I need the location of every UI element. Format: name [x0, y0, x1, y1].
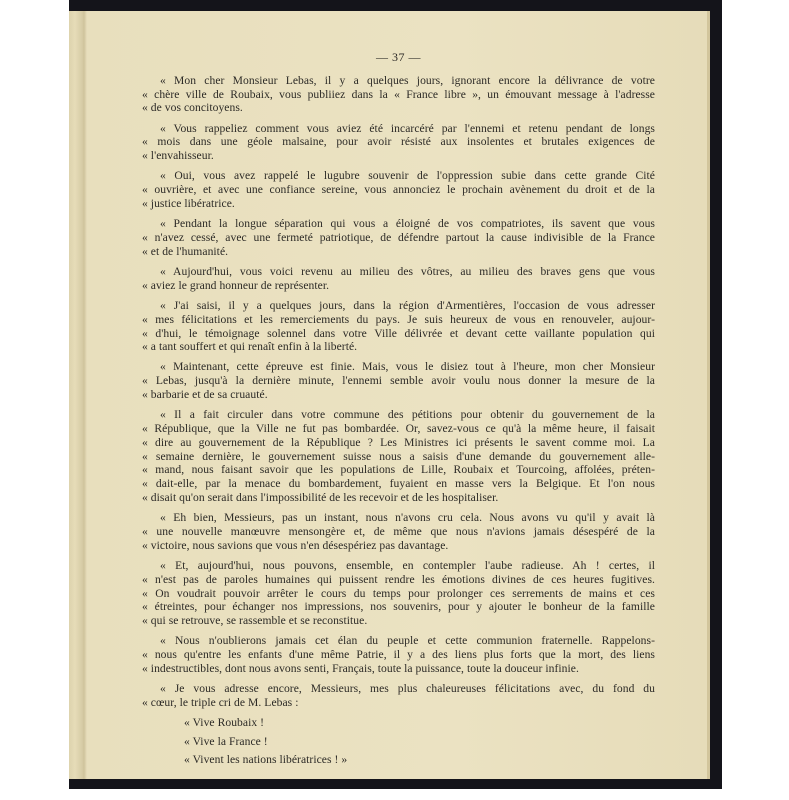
paragraph: « Maintenant, cette épreuve est finie. M…	[142, 360, 655, 401]
text-line: « mois dans une géole malsaine, pour avo…	[142, 135, 655, 149]
text-line: « nous qu'entre les enfants d'une même P…	[142, 648, 655, 662]
text-line: « disait qu'on serait dans l'impossibili…	[142, 491, 655, 505]
text-line: « a tant souffert et qui renaît enfin à …	[142, 340, 655, 354]
text-line: « barbarie et de sa cruauté.	[142, 388, 655, 402]
text-line: « dire au gouvernement de la République …	[142, 436, 655, 450]
text-line: « n'est pas de paroles humaines qui puis…	[142, 573, 655, 587]
paragraph: « Nous n'oublierons jamais cet élan du p…	[142, 634, 655, 675]
page-number: — 37 —	[142, 51, 655, 65]
text-line: « mes félicitations et les remerciements…	[142, 313, 655, 327]
text-line: « Et, aujourd'hui, nous pouvons, ensembl…	[142, 559, 655, 573]
closing-cry: « Vive la France !	[142, 735, 655, 749]
text-line: « Oui, vous avez rappelé le lugubre souv…	[142, 169, 655, 183]
text-line: « n'avez cessé, avec une fermeté patriot…	[142, 231, 655, 245]
text-line: « ouvrière, et avec une confiance serein…	[142, 183, 655, 197]
text-line: « Nous n'oublierons jamais cet élan du p…	[142, 634, 655, 648]
text-line: « étreintes, pour échanger nos impressio…	[142, 600, 655, 614]
paragraph: « Vous rappeliez comment vous aviez été …	[142, 122, 655, 163]
text-line: « victoire, nous savions que vous n'en d…	[142, 539, 655, 553]
text-line: « cœur, le triple cri de M. Lebas :	[142, 696, 655, 710]
text-line: « semaine dernière, le gouvernement suis…	[142, 450, 655, 464]
text-line: « dait-elle, par la menace du bombardeme…	[142, 477, 655, 491]
text-line: « Eh bien, Messieurs, pas un instant, no…	[142, 511, 655, 525]
text-line: « Lebas, jusqu'à la dernière minute, l'e…	[142, 374, 655, 388]
text-line: « mand, nous faisant savoir que les popu…	[142, 463, 655, 477]
document-page: — 37 — « Mon cher Monsieur Lebas, il y a…	[69, 11, 710, 779]
text-line: « Il a fait circuler dans votre commune …	[142, 408, 655, 422]
text-line: « Pendant la longue séparation qui vous …	[142, 217, 655, 231]
paragraph: « Eh bien, Messieurs, pas un instant, no…	[142, 511, 655, 552]
text-line: « J'ai saisi, il y a quelques jours, dan…	[142, 299, 655, 313]
closing-cry: « Vivent les nations libératrices ! »	[142, 753, 655, 767]
text-line: « Vous rappeliez comment vous aviez été …	[142, 122, 655, 136]
text-line: « chère ville de Roubaix, vous publiiez …	[142, 88, 655, 102]
text-line: « d'hui, le témoignage solennel dans vot…	[142, 327, 655, 341]
closing-cry: « Vive Roubaix !	[142, 716, 655, 730]
page-body: — 37 — « Mon cher Monsieur Lebas, il y a…	[142, 51, 655, 772]
paragraphs: « Mon cher Monsieur Lebas, il y a quelqu…	[142, 74, 655, 710]
paragraph: « Pendant la longue séparation qui vous …	[142, 217, 655, 258]
paragraph: « Mon cher Monsieur Lebas, il y a quelqu…	[142, 74, 655, 115]
text-line: « Maintenant, cette épreuve est finie. M…	[142, 360, 655, 374]
paragraph: « Et, aujourd'hui, nous pouvons, ensembl…	[142, 559, 655, 628]
text-line: « République, que la Ville ne fut pas bo…	[142, 422, 655, 436]
paragraph: « Il a fait circuler dans votre commune …	[142, 408, 655, 505]
text-line: « aviez le grand honneur de représenter.	[142, 279, 655, 293]
text-line: « justice libératrice.	[142, 197, 655, 211]
paragraph: « Aujourd'hui, vous voici revenu au mili…	[142, 265, 655, 293]
paragraph: « J'ai saisi, il y a quelques jours, dan…	[142, 299, 655, 354]
text-line: « une nouvelle manœuvre mensongère et, d…	[142, 525, 655, 539]
text-line: « et de l'humanité.	[142, 245, 655, 259]
text-line: « On voudrait pouvoir arrêter le cours d…	[142, 587, 655, 601]
text-line: « Je vous adresse encore, Messieurs, mes…	[142, 682, 655, 696]
text-line: « de vos concitoyens.	[142, 101, 655, 115]
text-line: « qui se retrouve, se rassemble et se re…	[142, 614, 655, 628]
text-line: « Mon cher Monsieur Lebas, il y a quelqu…	[142, 74, 655, 88]
paragraph: « Oui, vous avez rappelé le lugubre souv…	[142, 169, 655, 210]
text-line: « indestructibles, dont nous avons senti…	[142, 662, 655, 676]
closing-cries: « Vive Roubaix !« Vive la France !« Vive…	[142, 716, 655, 767]
text-line: « Aujourd'hui, vous voici revenu au mili…	[142, 265, 655, 279]
text-line: « l'envahisseur.	[142, 149, 655, 163]
paragraph: « Je vous adresse encore, Messieurs, mes…	[142, 682, 655, 710]
